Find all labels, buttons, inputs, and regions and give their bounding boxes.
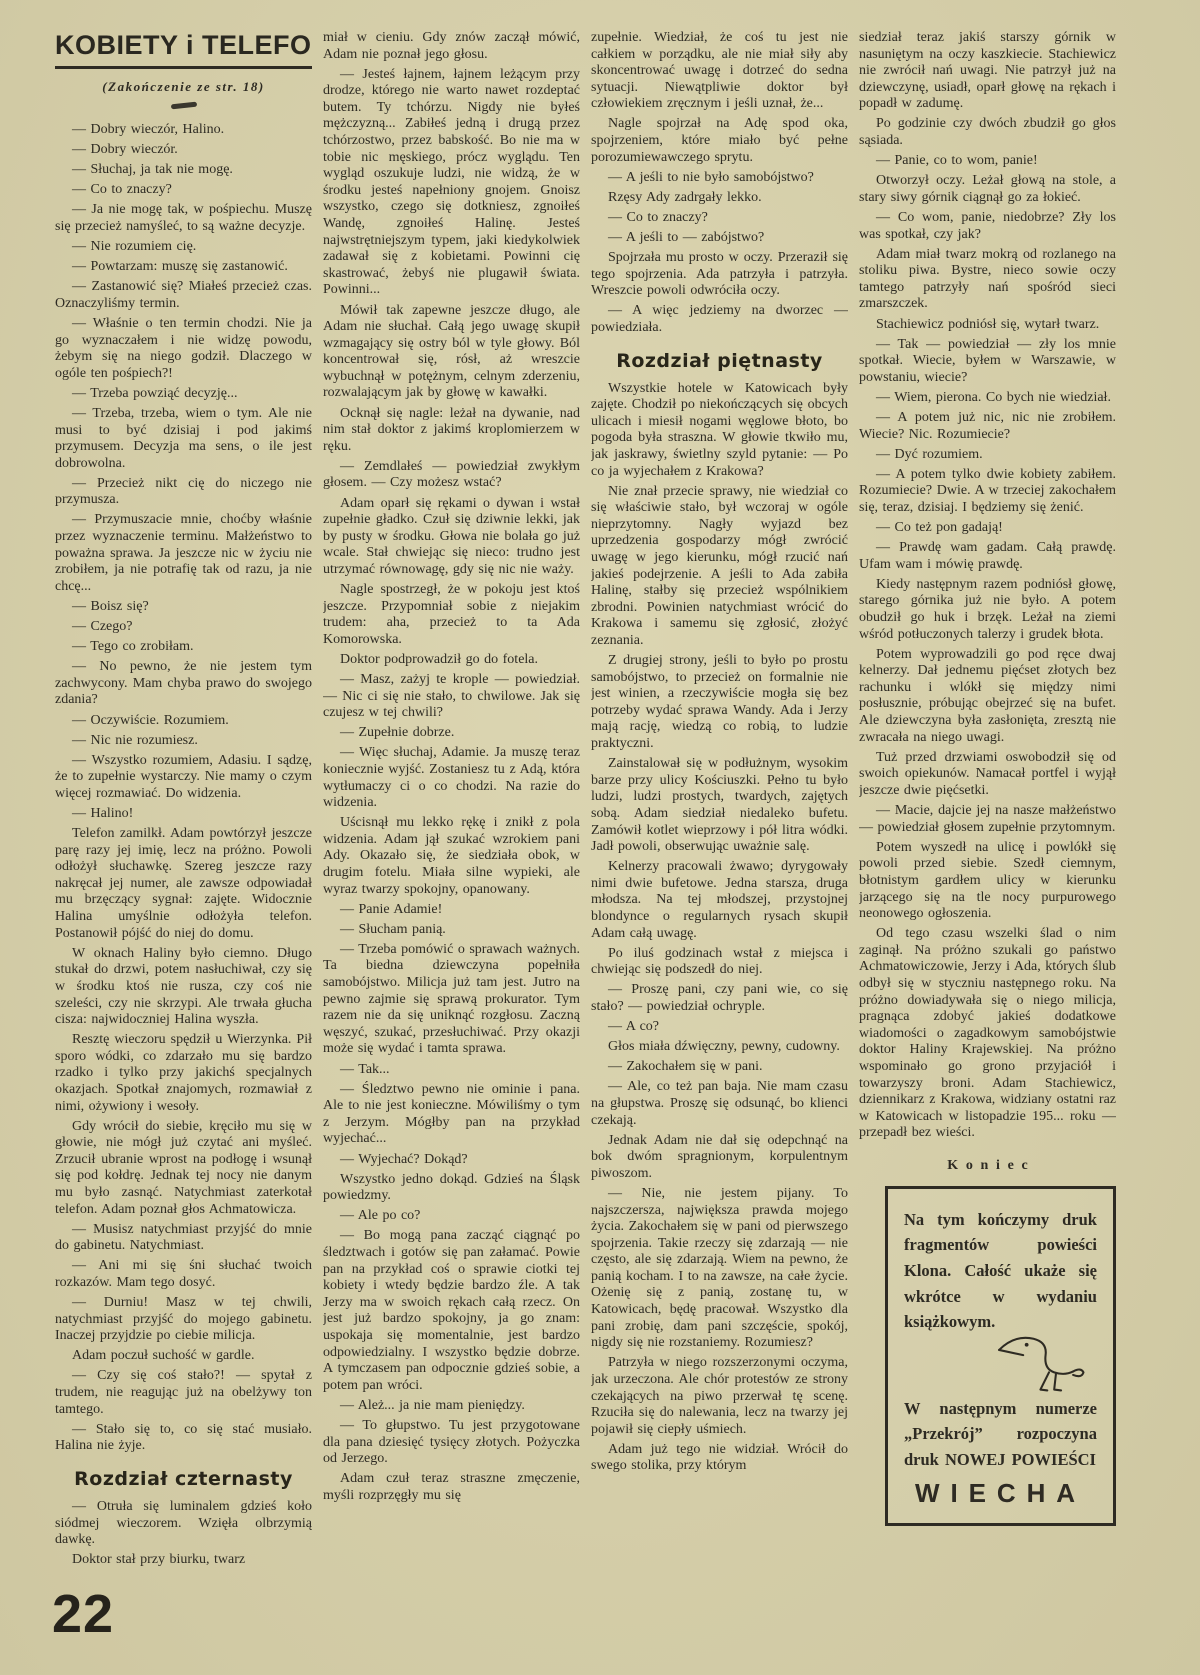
dialogue-paragraph: — A jeśli to — zabójstwo? — [591, 230, 848, 247]
dialogue-paragraph: — Proszę pani, czy pani wie, co się stał… — [591, 982, 848, 1015]
paragraph: Z drugiej strony, jeśli to było po prost… — [591, 653, 848, 753]
dialogue-paragraph: — Panie, co to wom, panie! — [859, 153, 1116, 170]
dialogue-paragraph: — Trzeba pomówić o sprawach ważnych. Ta … — [323, 942, 580, 1058]
paragraph: Po iluś godzinach wstał z miejsca i chwi… — [591, 946, 848, 979]
dialogue-paragraph: — Czego? — [55, 619, 312, 636]
dialogue-paragraph: — Jesteś łajnem, łajnem leżącym przy dro… — [323, 67, 580, 299]
column-3: zupełnie. Wiedział, że coś tu jest nie c… — [591, 30, 848, 1650]
paragraph: Kiedy następnym razem podniósł głowę, st… — [859, 577, 1116, 643]
paragraph: Jednak Adam nie dał się odepchnąć na bok… — [591, 1133, 848, 1183]
dialogue-paragraph: — Tego co zrobiłam. — [55, 639, 312, 656]
dialogue-paragraph: — Durniu! Masz w tej chwili, natychmiast… — [55, 1295, 312, 1345]
paragraph: zupełnie. Wiedział, że coś tu jest nie c… — [591, 30, 848, 113]
dialogue-paragraph: — Przymuszacie mnie, choćby właśnie prze… — [55, 512, 312, 595]
announcement-box: Na tym kończymy druk fragmentów powieści… — [885, 1186, 1116, 1527]
dialogue-paragraph: — A potem tylko dwie kobiety zabiłem. Ro… — [859, 467, 1116, 517]
dialogue-paragraph: — Co to znaczy? — [591, 210, 848, 227]
dialogue-paragraph: — Co też pon gadają! — [859, 520, 1116, 537]
dialogue-paragraph: — Trzeba, trzeba, wiem o tym. Ale nie mu… — [55, 406, 312, 472]
title-rule — [55, 66, 312, 69]
dialogue-paragraph: — Tak — powiedział — zły los mnie spotka… — [859, 337, 1116, 387]
column-2: miał w cieniu. Gdy znów zaczął mówić, Ad… — [323, 30, 580, 1650]
paragraph: Telefon zamilkł. Adam powtórzył jeszcze … — [55, 826, 312, 942]
dialogue-paragraph: — Co to znaczy? — [55, 182, 312, 199]
page-number: 22 — [52, 1583, 114, 1645]
the-end-label: Koniec — [859, 1158, 1116, 1174]
dialogue-paragraph: — Co wom, panie, niedobrze? Zły los was … — [859, 210, 1116, 243]
dialogue-paragraph: — A jeśli to nie było samobójstwo? — [591, 170, 848, 187]
paragraph: Od tego czasu wszelki ślad o nim zaginął… — [859, 926, 1116, 1142]
dialogue-paragraph: — Ani mi się śni słuchać twoich rozkazów… — [55, 1258, 312, 1291]
dialogue-paragraph: — Zemdlałeś — powiedział zwykłym głosem.… — [323, 459, 580, 492]
dialogue-paragraph: — Wszystko rozumiem, Adasiu. I sądzę, że… — [55, 753, 312, 803]
paragraph: Doktor podprowadził go do fotela. — [323, 652, 580, 669]
paragraph: Ocknął się nagle: leżał na dywanie, nad … — [323, 406, 580, 456]
dialogue-paragraph: — Nie, nie jestem pijany. To najszczersz… — [591, 1186, 848, 1352]
dialogue-paragraph: — To głupstwo. Tu jest przygotowane dla … — [323, 1418, 580, 1468]
dialogue-paragraph: — Bo mogą pana zacząć ciągnąć po śledztw… — [323, 1228, 580, 1394]
chapter-heading: Rozdział piętnasty — [591, 350, 848, 372]
paragraph: Adam już tego nie widział. Wrócił do swe… — [591, 1442, 848, 1475]
dialogue-paragraph: — Stało się to, co się stać musiało. Hal… — [55, 1422, 312, 1455]
paragraph: Mówił tak zapewne jeszcze długo, ale Ada… — [323, 303, 580, 403]
article-title: KOBIETY i TELEFON — [55, 30, 312, 61]
dialogue-paragraph: — Śledztwo pewno nie ominie i pana. Ale … — [323, 1082, 580, 1148]
column-1-text: — Dobry wieczór, Halino.— Dobry wieczór.… — [55, 122, 312, 1569]
paragraph: Rzęsy Ady zadrgały lekko. — [591, 190, 848, 207]
paragraph: Spojrzała mu prosto w oczy. Przeraził si… — [591, 250, 848, 300]
paragraph: Kelnerzy pracowali żwawo; dyrygowały nim… — [591, 859, 848, 942]
dialogue-paragraph: — Prawdę wam gadam. Całą prawdę. Ufam wa… — [859, 540, 1116, 573]
dialogue-paragraph: — Ja nie mogę tak, w pośpiechu. Muszę si… — [55, 202, 312, 235]
paragraph: Potem wyszedł na ulicę i powlókł się pow… — [859, 840, 1116, 923]
dialogue-paragraph: — Wyjechać? Dokąd? — [323, 1152, 580, 1169]
paragraph: Uścisnął mu lekko rękę i znikł z pola wi… — [323, 815, 580, 898]
paragraph: W oknach Haliny było ciemno. Długo stuka… — [55, 946, 312, 1029]
paragraph: Adam czuł teraz straszne zmęczenie, myśl… — [323, 1471, 580, 1504]
ink-smudge — [170, 102, 196, 110]
announcement-paragraph-1: Na tym kończymy druk fragmentów powieści… — [904, 1207, 1097, 1335]
paragraph: siedział teraz jakiś starszy górnik w na… — [859, 30, 1116, 113]
paragraph: Patrzyła w niego rozszerzonymi oczyma, j… — [591, 1355, 848, 1438]
dialogue-paragraph: — Ależ... ja nie mam pieniędzy. — [323, 1398, 580, 1415]
magazine-page: KOBIETY i TELEFON (Zakończenie ze str. 1… — [0, 0, 1200, 1675]
dialogue-paragraph: — Słuchaj, ja tak nie mogę. — [55, 162, 312, 179]
dialogue-paragraph: — Halino! — [55, 806, 312, 823]
dialogue-paragraph: — Więc słuchaj, Adamie. Ja muszę teraz k… — [323, 745, 580, 811]
paragraph: Wszystkie hotele w Katowicach były zajęt… — [591, 381, 848, 481]
dialogue-paragraph: — Przecież nikt cię do niczego nie przym… — [55, 476, 312, 509]
dialogue-paragraph: — Oczywiście. Rozumiem. — [55, 713, 312, 730]
dialogue-paragraph: — Słucham panią. — [323, 922, 580, 939]
dialogue-paragraph: — Powtarzam: muszę się zastanowić. — [55, 259, 312, 276]
dialogue-paragraph: — Zastanowić się? Miałeś przecież czas. … — [55, 279, 312, 312]
dialogue-paragraph: — Wiem, pierona. Co bych nie wiedział. — [859, 390, 1116, 407]
dialogue-paragraph: — Właśnie o ten termin chodzi. Nie ja go… — [55, 316, 312, 382]
paragraph: Tuż przed drzwiami oswobodził się od swo… — [859, 750, 1116, 800]
dialogue-paragraph: — Dobry wieczór, Halino. — [55, 122, 312, 139]
column-3-text: zupełnie. Wiedział, że coś tu jest nie c… — [591, 30, 848, 1475]
dialogue-paragraph: — A co? — [591, 1019, 848, 1036]
paragraph: Zainstalował się w podłużnym, wysokim ba… — [591, 756, 848, 856]
paragraph: miał w cieniu. Gdy znów zaczął mówić, Ad… — [323, 30, 580, 63]
column-4: siedział teraz jakiś starszy górnik w na… — [859, 30, 1116, 1650]
dialogue-paragraph: — A potem już nic, nic nie zrobiłem. Wie… — [859, 410, 1116, 443]
paragraph: Potem wyprowadzili go pod ręce dwaj keln… — [859, 647, 1116, 747]
paragraph: Nie znał przecie sprawy, nie wiedział co… — [591, 484, 848, 650]
dialogue-paragraph: — Nie rozumiem cię. — [55, 239, 312, 256]
paragraph: Nagle spojrzał na Adę spod oka, spojrzen… — [591, 116, 848, 166]
wiecha-name: WIECHA — [904, 1478, 1097, 1509]
dialogue-paragraph: — Ale po co? — [323, 1208, 580, 1225]
paragraph: Głos miała dźwięczny, pewny, cudowny. — [591, 1039, 848, 1056]
column-4-text: siedział teraz jakiś starszy górnik w na… — [859, 30, 1116, 1142]
paragraph: Doktor stał przy biurku, twarz — [55, 1552, 312, 1569]
paragraph: Nagle spostrzegł, że w pokoju jest ktoś … — [323, 582, 580, 648]
article-masthead: KOBIETY i TELEFON (Zakończenie ze str. 1… — [55, 30, 312, 108]
paragraph: Stachiewicz podniósł się, wytarł twarz. — [859, 317, 1116, 334]
paragraph: Adam oparł się rękami o dywan i wstał zu… — [323, 496, 580, 579]
dialogue-paragraph: — Musisz natychmiast przyjść do mnie do … — [55, 1222, 312, 1255]
dialogue-paragraph: — Masz, zażyj te krople — powiedział. — … — [323, 672, 580, 722]
dialogue-paragraph: — Zupełnie dobrze. — [323, 725, 580, 742]
dialogue-paragraph: — A więc jedziemy na dworzec — powiedzia… — [591, 303, 848, 336]
announcement-paragraph-2: W następnym numerze „Przekrój” rozpoczyn… — [904, 1396, 1097, 1473]
dialogue-paragraph: — Panie Adamie! — [323, 902, 580, 919]
dialogue-paragraph: — Zakochałem się w pani. — [591, 1059, 848, 1076]
paragraph: Otworzył oczy. Leżał głową na stole, a s… — [859, 173, 1116, 206]
paragraph: Adam miał twarz mokrą od rozlanego na st… — [859, 247, 1116, 313]
chapter-heading: Rozdział czternasty — [55, 1468, 312, 1490]
column-1: KOBIETY i TELEFON (Zakończenie ze str. 1… — [55, 30, 312, 1650]
paragraph: Gdy wrócił do siebie, kręciło mu się w g… — [55, 1119, 312, 1219]
dialogue-paragraph: — Boisz się? — [55, 599, 312, 616]
paragraph: Resztę wieczoru spędził u Wierzynka. Pił… — [55, 1032, 312, 1115]
dialogue-paragraph: — Nic nie rozumiesz. — [55, 733, 312, 750]
dialogue-paragraph: — Dyć rozumiem. — [859, 447, 1116, 464]
dialogue-paragraph: — Dobry wieczór. — [55, 142, 312, 159]
continuation-note: (Zakończenie ze str. 18) — [55, 79, 312, 95]
paragraph: Po godzinie czy dwóch zbudził go głos są… — [859, 116, 1116, 149]
dialogue-paragraph: — No pewno, że nie jestem tym zachwycony… — [55, 659, 312, 709]
dialogue-paragraph: — Czy się coś stało?! — spytał z trudem,… — [55, 1368, 312, 1418]
dialogue-paragraph: — Trzeba powziąć decyzję... — [55, 386, 312, 403]
dialogue-paragraph: — Ale, co też pan baja. Nie mam czasu na… — [591, 1079, 848, 1129]
paragraph: Wszystko jedno dokąd. Gdzieś na Śląsk po… — [323, 1172, 580, 1205]
dialogue-paragraph: — Macie, dajcie jej na nasze małżeństwo … — [859, 803, 1116, 836]
dialogue-paragraph: — Tak... — [323, 1062, 580, 1079]
paragraph: Adam poczuł suchość w gardle. — [55, 1348, 312, 1365]
dialogue-paragraph: — Otruła się luminalem gdzieś koło siódm… — [55, 1499, 312, 1549]
column-2-text: miał w cieniu. Gdy znów zaczął mówić, Ad… — [323, 30, 580, 1504]
fox-sketch-icon — [904, 1331, 1091, 1398]
